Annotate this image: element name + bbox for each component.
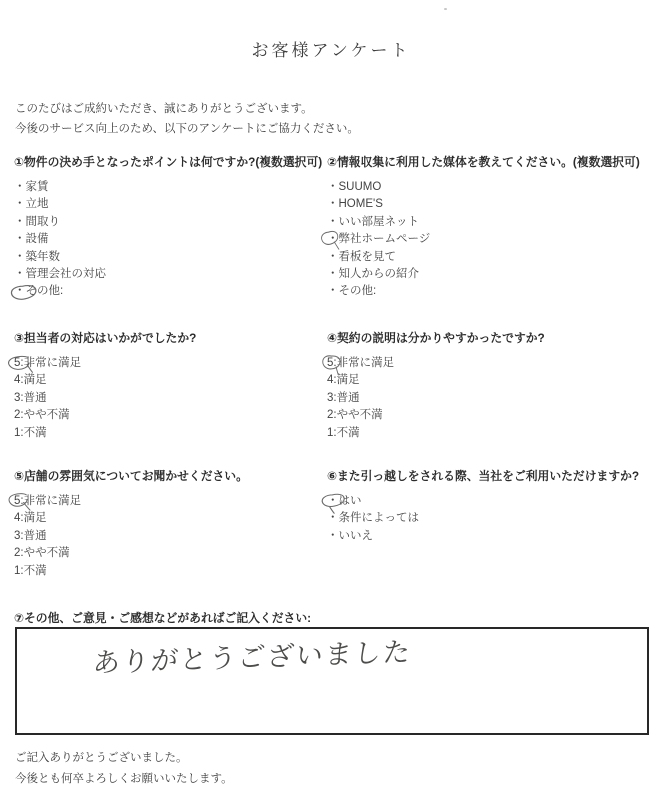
footer-text: ご記入ありがとうございました。 今後とも何卒よろしくお願いいたします。 [15, 748, 233, 789]
q1-option-floorplan: ・間取り [14, 214, 324, 231]
q5-option-5: 5:非常に満足 [14, 493, 324, 510]
page-title: お客様アンケート [0, 36, 662, 61]
q1-option-other: ・その他: [14, 283, 324, 300]
question-2: ②情報収集に利用した媒体を教えてください。(複数選択可) ・SUUMO ・HOM… [327, 155, 659, 301]
question-7: ⑦その他、ご意見・ご感想などがあればご記入ください: ありがとうございました [14, 611, 648, 635]
footer-line-1: ご記入ありがとうございました。 [15, 748, 233, 769]
q4-option-4: 4:満足 [327, 372, 659, 389]
intro-line-2: 今後のサービス向上のため、以下のアンケートにご協力ください。 [15, 119, 359, 139]
q5-option-2: 2:やや不満 [14, 545, 324, 562]
q2-option-suumo: ・SUUMO [327, 179, 659, 196]
q4-option-3: 3:普通 [327, 390, 659, 407]
question-6: ⑥また引っ越しをされる際、当社をご利用いただけますか? ・はい ・条件によっては… [327, 469, 659, 545]
handwritten-response: ありがとうございました [92, 630, 414, 680]
footer-line-2: 今後とも何卒よろしくお願いいたします。 [15, 769, 233, 790]
q6-option-depends: ・条件によっては [327, 510, 659, 527]
q4-option-2: 2:やや不満 [327, 407, 659, 424]
q2-option-signboard: ・看板を見て [327, 249, 659, 266]
q6-option-no: ・いいえ [327, 528, 659, 545]
question-5: ⑤店舗の雰囲気についてお聞かせください。 5:非常に満足 4:満足 3:普通 2… [14, 469, 324, 580]
q3-option-3: 3:普通 [14, 390, 324, 407]
intro-line-1: このたびはご成約いただき、誠にありがとうございます。 [15, 99, 359, 119]
question-6-title: ⑥また引っ越しをされる際、当社をご利用いただけますか? [327, 469, 659, 484]
question-5-title: ⑤店舗の雰囲気についてお聞かせください。 [14, 469, 324, 484]
q3-option-5: 5:非常に満足 [14, 355, 324, 372]
q5-option-3: 3:普通 [14, 528, 324, 545]
q1-option-facilities: ・設備 [14, 231, 324, 248]
q4-option-1: 1:不満 [327, 425, 659, 442]
question-2-title: ②情報収集に利用した媒体を教えてください。(複数選択可) [327, 155, 659, 170]
survey-page: お客様アンケート このたびはご成約いただき、誠にありがとうございます。 今後のサ… [0, 0, 662, 798]
question-4-title: ④契約の説明は分かりやすかったですか? [327, 331, 659, 346]
q3-option-4: 4:満足 [14, 372, 324, 389]
q2-option-iiheya-net: ・いい部屋ネット [327, 214, 659, 231]
q3-option-2: 2:やや不満 [14, 407, 324, 424]
q2-option-homes: ・HOME'S [327, 196, 659, 213]
q1-option-location: ・立地 [14, 196, 324, 213]
question-1: ①物件の決め手となったポイントは何ですか?(複数選択可) ・家賃 ・立地 ・間取… [14, 155, 324, 301]
q5-option-4: 4:満足 [14, 510, 324, 527]
q6-option-yes: ・はい [327, 493, 659, 510]
q4-option-5: 5:非常に満足 [327, 355, 659, 372]
intro-text: このたびはご成約いただき、誠にありがとうございます。 今後のサービス向上のため、… [15, 99, 359, 139]
q1-option-rent: ・家賃 [14, 179, 324, 196]
q2-option-company-homepage: ・弊社ホームページ [327, 231, 659, 248]
question-3-title: ③担当者の対応はいかがでしたか? [14, 331, 324, 346]
q2-option-referral: ・知人からの紹介 [327, 266, 659, 283]
question-4: ④契約の説明は分かりやすかったですか? 5:非常に満足 4:満足 3:普通 2:… [327, 331, 659, 442]
q1-option-age: ・築年数 [14, 249, 324, 266]
q5-option-1: 1:不満 [14, 563, 324, 580]
comment-box: ありがとうございました [15, 627, 649, 735]
q2-option-other: ・その他: [327, 283, 659, 300]
question-7-title: ⑦その他、ご意見・ご感想などがあればご記入ください: [14, 611, 648, 626]
scan-artifact-dot [444, 8, 447, 10]
question-1-title: ①物件の決め手となったポイントは何ですか?(複数選択可) [14, 155, 324, 170]
q3-option-1: 1:不満 [14, 425, 324, 442]
q1-option-management: ・管理会社の対応 [14, 266, 324, 283]
question-3: ③担当者の対応はいかがでしたか? 5:非常に満足 4:満足 3:普通 2:やや不… [14, 331, 324, 442]
